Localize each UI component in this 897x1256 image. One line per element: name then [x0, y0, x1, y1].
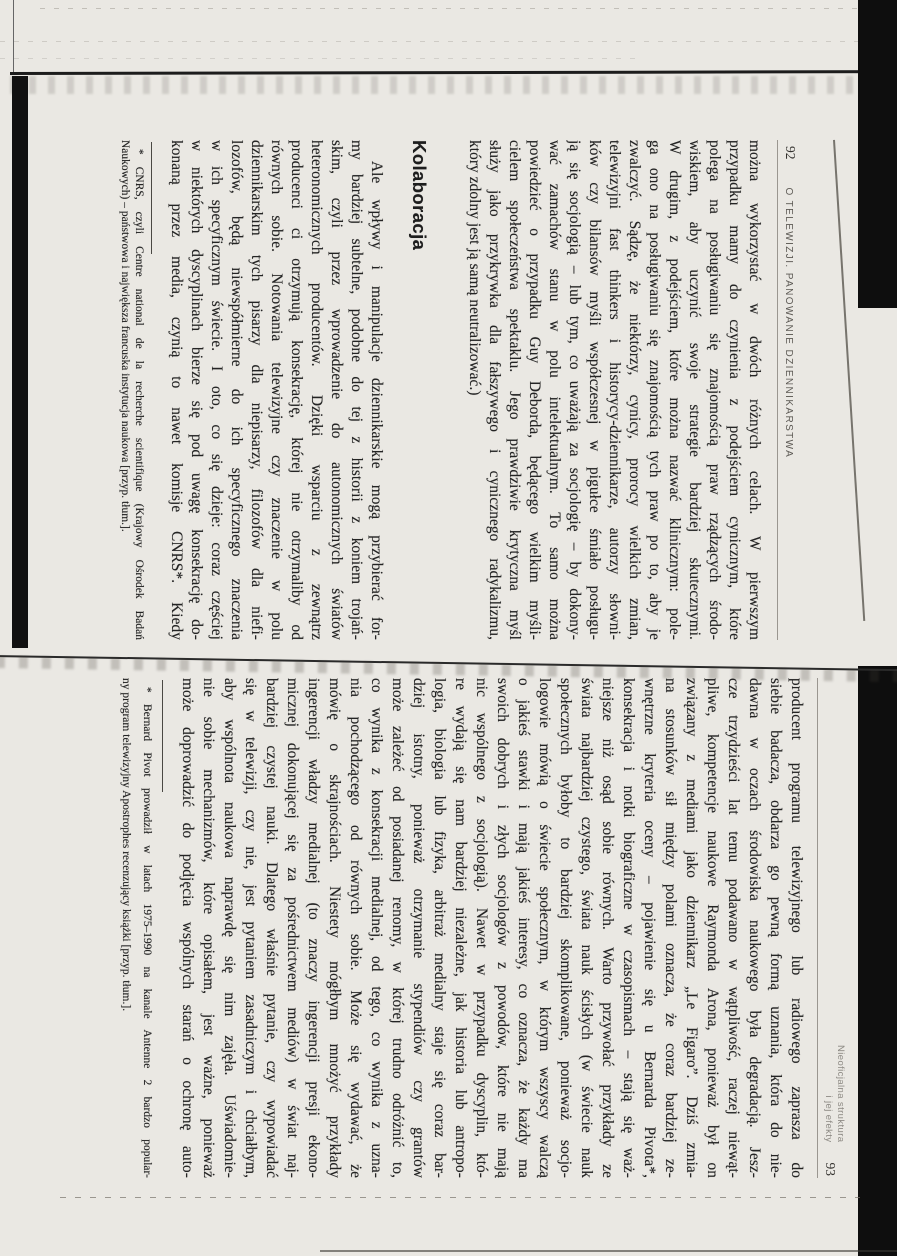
scan-speckle-row [0, 41, 897, 42]
text-line: mówię o skrajnościach. Niestety mógłbym … [324, 678, 345, 1178]
text-line: cielem społeczeństwa spektaklu. Jego pra… [504, 140, 524, 640]
text-line: ją się socjologią – lub tym, co uważają … [564, 140, 584, 640]
text-line: producenci ci otrzymują konsekrację, któ… [286, 140, 306, 640]
header-rule-92 [777, 140, 778, 640]
scan-bottom-edge-line [320, 1250, 897, 1252]
text-line: przypadku mamy do czynienia z podejściem… [724, 140, 744, 640]
text-line: bardziej czystej nauki. Dlatego właśnie … [261, 678, 282, 1178]
text-line: na stosunków sił między polami oznacza, … [660, 678, 681, 1178]
text-line: skim, czyli przez wprowadzenie do autono… [326, 140, 346, 640]
text-line: konaną przez media, czynią to nawet komi… [166, 140, 186, 640]
footnote-93-text: * Bernard Pivot prowadził w latach 1975–… [115, 678, 157, 1178]
text-line: w niektórych dyscyplinach bierze się pod… [186, 140, 206, 640]
text-line: wnętrzne kryteria oceny – pojawienie się… [639, 678, 660, 1178]
text-line: logowie mówią o świecie społecznym, w kt… [534, 678, 555, 1178]
text-line: siebie badacza, obdarza go pewną formą u… [765, 678, 786, 1178]
text-line: ingerencji władzy medialnej (to znaczy i… [303, 678, 324, 1178]
page-93-body: producent programu telewizyjnego lub rad… [177, 678, 807, 1178]
text-line: dawna w oczach środowiska naukowego była… [744, 678, 765, 1178]
text-line: zwalczyć. Sądzę, że niektórzy, cynicy, p… [624, 140, 644, 640]
text-line: można wykorzystać w dwóch różnych celach… [744, 140, 764, 640]
text-line: nie sobie mechanizmów, które opisałem, j… [198, 678, 219, 1178]
text-line: aby wspólnota naukowa naprawdę się nim z… [219, 678, 240, 1178]
running-title-93-line2: i jej efekty [823, 1095, 834, 1142]
text-line: o jakieś stawki i mają jakieś interesy, … [513, 678, 534, 1178]
scanned-book-spread: 92 O TELEWIZJI. PANOWANIE DZIENNIKARSTWA… [0, 0, 897, 1256]
paragraph-1: można wykorzystać w dwóch różnych celach… [464, 140, 764, 640]
text-line: nic wspólnego z socjologią). Nawet w prz… [471, 678, 492, 1178]
text-line: konsekracja i notki biograficzne w czaso… [618, 678, 639, 1178]
scan-black-bar-left [12, 76, 28, 648]
text-line: wać zamachów stanu w polu intelektualnym… [544, 140, 564, 640]
page-93: Nieoficjalna struktura i jej efekty 93 p… [62, 668, 850, 1192]
footnote-line: * Bernard Pivot prowadził w latach 1975–… [136, 678, 157, 1178]
page-92-running-header: 92 O TELEWIZJI. PANOWANIE DZIENNIKARSTWA [782, 146, 798, 640]
page-92: 92 O TELEWIZJI. PANOWANIE DZIENNIKARSTWA… [112, 130, 804, 654]
text-line: ków czy bilansów myśli współczesnej w pi… [584, 140, 604, 640]
scan-left-edge-line [13, 0, 14, 74]
text-line: logia, biologia lub fizyka, arbitraż med… [429, 678, 450, 1178]
page-number-93: 93 [822, 1163, 838, 1177]
footnote-line: Naukowych) – państwowa i największa fran… [118, 140, 132, 640]
text-line: powiedzieć o przypadku Guy Deborda, będą… [524, 140, 544, 640]
text-line: cze trzydzieści lat temu podawano w wątp… [723, 678, 744, 1178]
text-line: nia pochodzącego od równych sobie. Może … [345, 678, 366, 1178]
text-line: niejsze niż osąd sobie równych. Warto pr… [597, 678, 618, 1178]
text-line: micznej dokonującej się za pośrednictwem… [282, 678, 303, 1178]
text-line: ga ono na posługiwaniu się znajomością t… [644, 140, 664, 640]
text-line: społecznych byłoby to bardziej skompliko… [555, 678, 576, 1178]
running-title-92: O TELEWIZJI. PANOWANIE DZIENNIKARSTWA [783, 188, 794, 459]
text-line: my bardziej subtelne, podobne do tej z h… [346, 140, 366, 640]
text-line: się w telewizji, czy nie, jest pytaniem … [240, 678, 261, 1178]
text-line: może doprowadzić do podjęcia wspólnych s… [177, 678, 198, 1178]
text-line: pliwe, kompetencje naukowe Raymonda Aron… [702, 678, 723, 1178]
text-line: Ale wpływy i manipulacje dziennikarskie … [366, 140, 386, 640]
footnote-rule-93 [162, 680, 163, 792]
footnote-line: * CNRS, czyli Centre national de la rech… [132, 140, 146, 640]
scan-black-band-bottom-right [858, 666, 897, 1256]
page-93-running-header: Nieoficjalna struktura i jej efekty 93 [822, 678, 846, 1176]
running-title-93: Nieoficjalna struktura i jej efekty [822, 1045, 846, 1143]
text-line: równych sobie. Notowania telewizyjne czy… [266, 140, 286, 640]
paragraph-2: Ale wpływy i manipulacje dziennikarskie … [166, 140, 386, 640]
text-line: świata najbardziej czystego, świata nauk… [576, 678, 597, 1178]
text-line: co wynika z konsekracji medialnej, od te… [366, 678, 387, 1178]
footnote-92: * CNRS, czyli Centre national de la rech… [118, 140, 152, 640]
scan-black-band-top-right [858, 0, 897, 308]
text-line: dziennikarskim tych pisarzy dla niepisar… [246, 140, 266, 640]
text-line: W drugim, z podejściem, które można nazw… [664, 140, 684, 640]
text-line: producent programu telewizyjnego lub rad… [786, 678, 807, 1178]
text-line: polega na posługiwaniu się znajomością p… [704, 140, 724, 640]
text-line: lozofów, będą niewspółmierne do ich spec… [226, 140, 246, 640]
text-line: służy jako przykrywka dla fałszywego i c… [484, 140, 504, 640]
text-line: re wydają się nam bardziej niezależne, j… [450, 678, 471, 1178]
text-line: w ich specyficznym świecie. I oto, co si… [206, 140, 226, 640]
text-line: wiskiem, aby uczynić swoje strategie bar… [684, 140, 704, 640]
text-line: może zależeć od posiadanej renomy, w któ… [387, 678, 408, 1178]
footnote-line: ny program telewizyjny Apostrophes recen… [115, 678, 136, 1178]
text-line: dziej istotny, ponieważ otrzymanie stype… [408, 678, 429, 1178]
footnote-rule-92 [151, 142, 152, 254]
text-line: heteronomicznych producentów. Dzięki wsp… [306, 140, 326, 640]
scan-speckle-row [0, 58, 640, 59]
text-line: swoich dobrych i złych socjologów z powo… [492, 678, 513, 1178]
scan-page-top-edge-line [10, 70, 897, 75]
text-line: który zdolny jest ją samą neutralizować.… [464, 140, 484, 640]
scan-page-bottom-dotted-edge [60, 1197, 860, 1198]
text-line: związany z mediami jako dziennikarz „Le … [681, 678, 702, 1178]
running-title-93-line1: Nieoficjalna struktura [835, 1045, 846, 1143]
footnote-92-text: * CNRS, czyli Centre national de la rech… [118, 140, 146, 640]
footnote-93: * Bernard Pivot prowadził w latach 1975–… [115, 678, 163, 1178]
page-number-92: 92 [782, 146, 798, 160]
header-rule-93 [817, 678, 818, 1178]
section-heading-kolaboracja: Kolaboracja [408, 140, 430, 640]
scan-speckle-row [40, 8, 890, 9]
text-line: telewizyjni fast thinkers i historycy-dz… [604, 140, 624, 640]
scan-top-smudge [10, 76, 897, 94]
